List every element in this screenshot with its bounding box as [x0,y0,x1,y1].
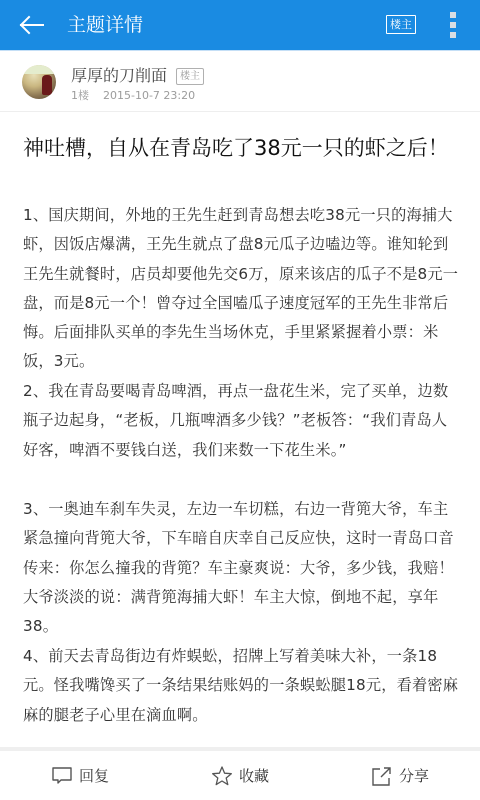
paragraph-1: 1、国庆期间，外地的王先生赶到青岛想去吃38元一只的海捕大虾，因饭店爆满，王先生… [23,201,460,377]
topic-detail-screen: 主题详情 楼主 厚厚的刀削面 楼主 1楼 2015-10-7 23:20 神吐槽… [0,0,480,800]
more-dot [450,22,456,28]
post-title: 神吐槽，自从在青岛吃了38元一只的虾之后！ [23,132,458,165]
paragraph-4: 4、前天去青岛街边有炸蜈蚣，招牌上写着美味大补，一条18元。怪我嘴馋买了一条结果… [23,642,460,730]
star-icon [211,765,233,787]
back-button[interactable] [16,10,46,40]
more-menu-button[interactable] [446,12,460,38]
post-content: 神吐槽，自从在青岛吃了38元一只的虾之后！ 1、国庆期间，外地的王先生赶到青岛想… [0,113,480,745]
share-button[interactable]: 分享 [320,751,480,800]
reply-button[interactable]: 回复 [0,751,160,800]
favorite-button[interactable]: 收藏 [160,751,320,800]
more-dot [450,32,456,38]
comment-icon [51,765,73,787]
avatar[interactable] [22,65,56,99]
post-meta: 1楼 2015-10-7 23:20 [71,89,195,103]
author-name[interactable]: 厚厚的刀削面 [71,66,167,86]
app-bar: 主题详情 楼主 [0,0,480,50]
author-info: 厚厚的刀削面 楼主 1楼 2015-10-7 23:20 [0,50,480,112]
only-owner-button[interactable]: 楼主 [386,15,416,34]
owner-badge: 楼主 [176,68,204,85]
avatar-image [22,65,56,74]
paragraph-3: 3、一奥迪车刹车失灵，左边一车切糕，右边一背篼大爷，车主紧急撞向背篼大爷，下车暗… [23,495,460,641]
page-title: 主题详情 [67,12,143,38]
more-vertical-icon [450,12,456,18]
bottom-action-bar: 回复 收藏 分享 [0,747,480,800]
reply-label: 回复 [79,765,109,786]
favorite-label: 收藏 [239,765,269,786]
avatar-figure [42,75,52,95]
share-label: 分享 [399,765,429,786]
share-icon [371,765,393,787]
paragraph-2: 2、我在青岛要喝青岛啤酒，再点一盘花生米，完了买单，边数瓶子边起身，“老板，几瓶… [23,377,460,465]
back-arrow-icon [18,15,44,35]
